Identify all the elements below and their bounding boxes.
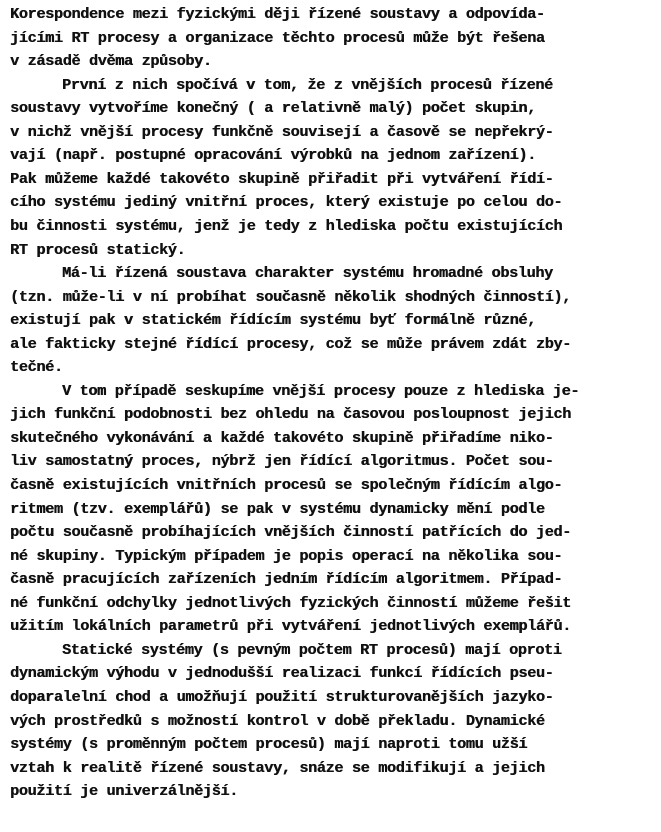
text-line: použití je univerzálnější.: [10, 780, 238, 802]
text-line: systémy (s proměnným počtem procesů) maj…: [10, 733, 527, 755]
typewritten-page: Korespondence mezi fyzickými ději řízené…: [0, 0, 661, 832]
text-line: soustavy vytvoříme konečný ( a relativně…: [10, 97, 536, 119]
text-line: existují pak v statickém řídícím systému…: [10, 309, 536, 331]
text-line: v zásadě dvěma způsoby.: [10, 50, 212, 72]
text-line: tečné.: [10, 356, 63, 378]
paragraph-first-line: Má-li řízená soustava charakter systému …: [62, 262, 553, 284]
text-line: vztah k realitě řízené soustavy, snáze s…: [10, 757, 545, 779]
text-line: né skupiny. Typickým případem je popis o…: [10, 545, 562, 567]
text-line: počtu současně probíhajících vnějších či…: [10, 521, 571, 543]
text-line: né funkční odchylky jednotlivých fyzický…: [10, 592, 571, 614]
text-line: Pak můžeme každé takovéto skupině přiřad…: [10, 168, 553, 190]
text-line: Korespondence mezi fyzickými ději řízené…: [10, 3, 545, 25]
text-line: cího systému jediný vnitřní proces, kter…: [10, 191, 562, 213]
text-line: RT procesů statický.: [10, 239, 185, 261]
text-line: v nichž vnější procesy funkčně souvisejí…: [10, 121, 553, 143]
text-line: doparalelní chod a umožňují použití stru…: [10, 686, 553, 708]
text-line: bu činnosti systému, jenž je tedy z hled…: [10, 215, 562, 237]
text-line: jich funkční podobnosti bez ohledu na ča…: [10, 403, 571, 425]
text-line: skutečného vykonávání a každé takovéto s…: [10, 427, 553, 449]
text-line: ale fakticky stejné řídící procesy, což …: [10, 333, 571, 355]
text-line: ritmem (tzv. exemplářů) se pak v systému…: [10, 498, 545, 520]
text-line: časně existujících vnitřních procesů se …: [10, 474, 562, 496]
paragraph-first-line: V tom případě seskupíme vnější procesy p…: [62, 380, 579, 402]
text-line: užitím lokálních parametrů při vytváření…: [10, 615, 571, 637]
text-line: liv samostatný proces, nýbrž jen řídící …: [10, 450, 553, 472]
text-line: časně pracujících zařízeních jedním řídí…: [10, 568, 562, 590]
text-line: vají (např. postupné opracování výrobků …: [10, 144, 536, 166]
text-line: vých prostředků s možností kontrol v dob…: [10, 710, 545, 732]
text-line: jícími RT procesy a organizace těchto pr…: [10, 27, 545, 49]
text-line: (tzn. může-li v ní probíhat současně něk…: [10, 286, 571, 308]
paragraph-first-line: Statické systémy (s pevným počtem RT pro…: [62, 639, 562, 661]
paragraph-first-line: První z nich spočívá v tom, že z vnějšíc…: [62, 74, 553, 96]
text-line: dynamickým výhodu v jednodušší realizaci…: [10, 662, 553, 684]
